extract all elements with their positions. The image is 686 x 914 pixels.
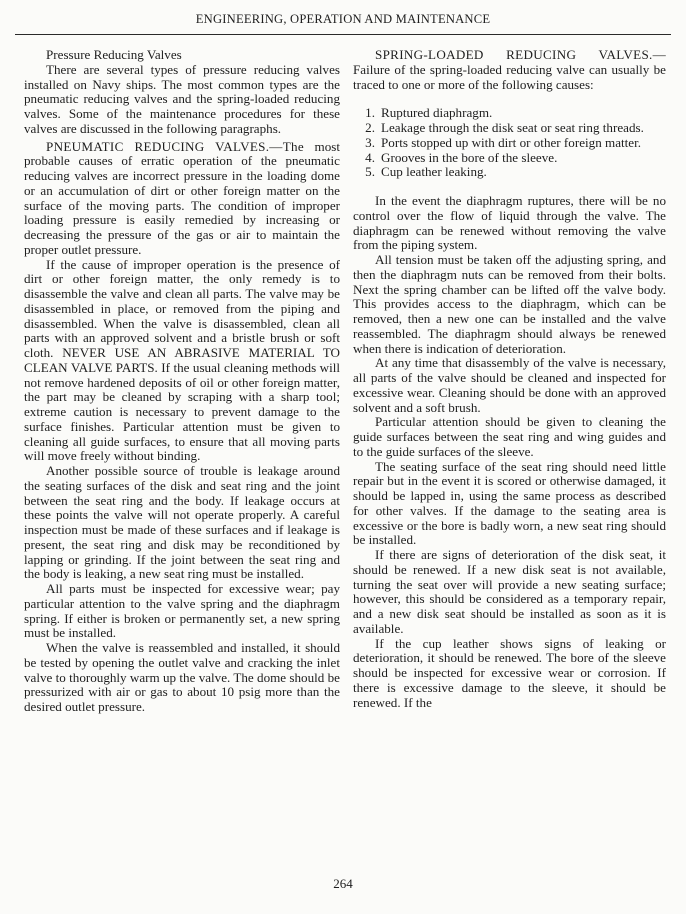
spring-loaded-heading: SPRING-LOADED REDUCING VALVES.— bbox=[375, 47, 666, 62]
spring-loaded-paragraph: SPRING-LOADED REDUCING VALVES.— Failure … bbox=[353, 48, 666, 92]
seat-ring-paragraph: The seating surface of the seat ring sho… bbox=[353, 460, 666, 549]
disassembly-paragraph: At any time that disassembly of the valv… bbox=[353, 356, 666, 415]
left-column: Pressure Reducing Valves There are sever… bbox=[24, 48, 340, 715]
disk-seat-paragraph: If there are signs of deterioration of t… bbox=[353, 548, 666, 637]
pneumatic-heading: PNEUMATIC REDUCING VALVES.—The bbox=[46, 139, 304, 154]
section-title: Pressure Reducing Valves bbox=[24, 48, 340, 63]
running-head: ENGINEERING, OPERATION AND MAINTENANCE bbox=[0, 12, 686, 27]
leakage-paragraph: Another possible source of trouble is le… bbox=[24, 464, 340, 582]
spacer bbox=[353, 92, 666, 106]
cause-item: 3.Ports stopped up with dirt or other fo… bbox=[353, 136, 666, 151]
cause-item: 1.Ruptured diaphragm. bbox=[353, 106, 666, 121]
cup-leather-paragraph: If the cup leather shows signs of leakin… bbox=[353, 637, 666, 711]
diaphragm-rupture-paragraph: In the event the diaphragm ruptures, the… bbox=[353, 194, 666, 253]
guide-surfaces-paragraph: Particular attention should be given to … bbox=[353, 415, 666, 459]
tension-paragraph: All tension must be taken off the adjust… bbox=[353, 253, 666, 356]
pneumatic-paragraph: PNEUMATIC REDUCING VALVES.—The most prob… bbox=[24, 140, 340, 258]
cause-item: 5.Cup leather leaking. bbox=[353, 165, 666, 180]
spacer bbox=[353, 180, 666, 194]
header-rule bbox=[15, 34, 671, 35]
testing-paragraph: When the valve is reassembled and instal… bbox=[24, 641, 340, 715]
inspection-paragraph: All parts must be inspected for excessiv… bbox=[24, 582, 340, 641]
pneumatic-body: most probable causes of erratic operatio… bbox=[24, 139, 340, 257]
cause-item: 4.Grooves in the bore of the sleeve. bbox=[353, 151, 666, 166]
spring-loaded-intro: Failure of the spring-loaded reducing va… bbox=[353, 62, 666, 92]
dirt-paragraph: If the cause of improper operation is th… bbox=[24, 258, 340, 465]
intro-paragraph: There are several types of pressure redu… bbox=[24, 63, 340, 137]
right-column: SPRING-LOADED REDUCING VALVES.— Failure … bbox=[353, 48, 666, 710]
cause-item: 2.Leakage through the disk seat or seat … bbox=[353, 121, 666, 136]
page-number: 264 bbox=[0, 876, 686, 892]
causes-list: 1.Ruptured diaphragm. 2.Leakage through … bbox=[353, 106, 666, 180]
